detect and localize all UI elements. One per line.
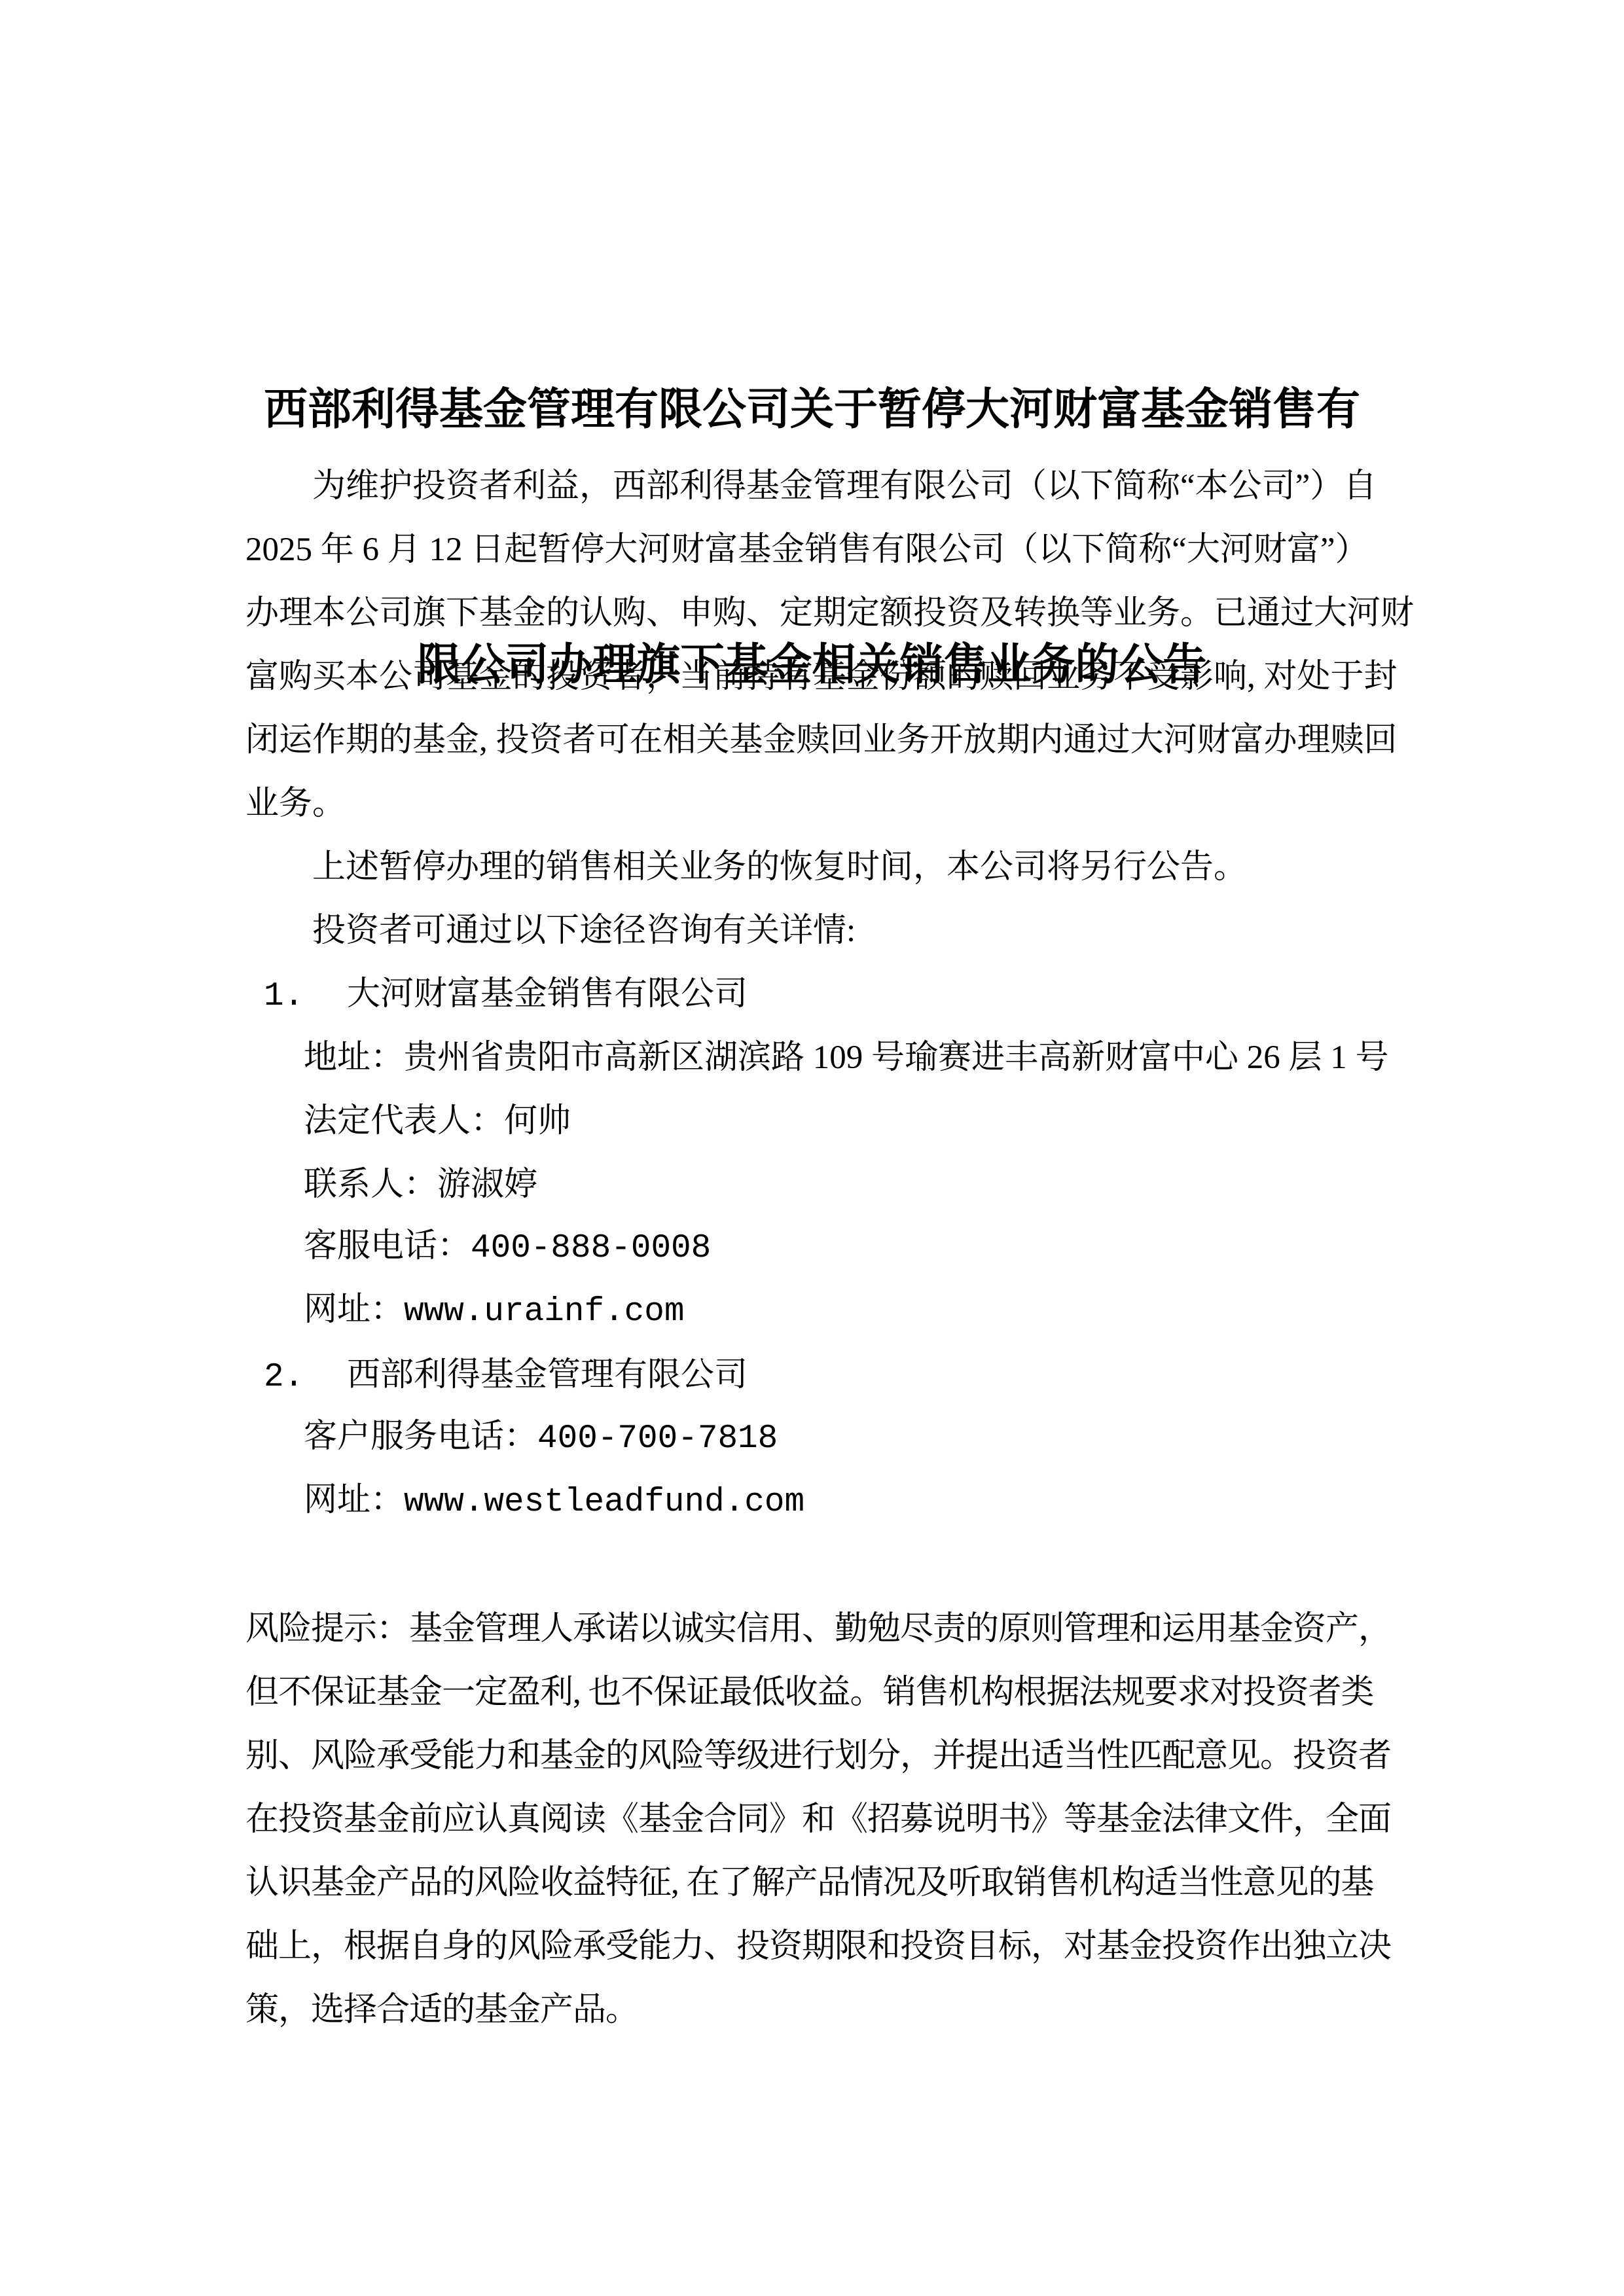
risk-line-1: 风险提示：基金管理人承诺以诚实信用、勤勉尽责的原则管理和运用基金资产， [245,1598,1379,1661]
intro-line-3: 办理本公司旗下基金的认购、申购、定期定额投资及转换等业务。已通过大河财 [245,582,1379,645]
agency2-name: 西部利得基金管理有限公司 [347,1357,748,1393]
agency1-address: 地址：贵州省贵阳市高新区湖滨路 109 号瑜赛进丰高新财富中心 26 层 1 号 [245,1026,1379,1090]
agency2-list-number: 2. [264,1346,347,1409]
intro-line-2: 2025 年 6 月 12 日起暂停大河财富基金销售有限公司（以下简称“大河财富… [245,518,1379,582]
agency1-heading: 1.大河财富基金销售有限公司 [245,963,1379,1026]
agency2-website: 网址：www.westleadfund.com [245,1471,1379,1534]
intro-line-4: 富购买本公司基金的投资者，当前持有基金份额的赎回业务不受影响, 对处于封 [245,645,1379,709]
agency1-legal-rep: 法定代表人：何帅 [245,1090,1379,1153]
blank-line [245,1534,1379,1598]
document-body: 为维护投资者利益，西部利得基金管理有限公司（以下简称“本公司”）自 2025 年… [245,455,1379,2042]
document-page: 西部利得基金管理有限公司关于暂停大河财富基金销售有 限公司办理旗下基金相关销售业… [0,0,1624,2296]
channels-intro-line: 投资者可通过以下途径咨询有关详情: [245,899,1379,963]
agency1-contact: 联系人：游淑婷 [245,1153,1379,1217]
agency1-website: 网址：www.urainf.com [245,1280,1379,1344]
risk-line-7: 策，选择合适的基金产品。 [245,1979,1379,2042]
intro-line-6: 业务。 [245,772,1379,836]
risk-line-3: 别、风险承受能力和基金的风险等级进行划分，并提出适当性匹配意见。投资者 [245,1725,1379,1788]
risk-line-6: 础上，根据自身的风险承受能力、投资期限和投资目标，对基金投资作出独立决 [245,1915,1379,1979]
agency2-heading: 2.西部利得基金管理有限公司 [245,1344,1379,1407]
risk-line-4: 在投资基金前应认真阅读《基金合同》和《招募说明书》等基金法律文件，全面 [245,1788,1379,1852]
agency1-name: 大河财富基金销售有限公司 [347,976,748,1013]
resume-notice-line: 上述暂停办理的销售相关业务的恢复时间，本公司将另行公告。 [245,836,1379,899]
agency1-list-number: 1. [264,965,347,1028]
agency2-phone: 客户服务电话：400-700-7818 [245,1407,1379,1471]
intro-line-1: 为维护投资者利益，西部利得基金管理有限公司（以下简称“本公司”）自 [245,455,1379,518]
title-line-1: 西部利得基金管理有限公司关于暂停大河财富基金销售有 [245,367,1379,452]
agency1-phone: 客服电话：400-888-0008 [245,1217,1379,1280]
risk-line-2: 但不保证基金一定盈利, 也不保证最低收益。销售机构根据法规要求对投资者类 [245,1661,1379,1725]
intro-line-5: 闭运作期的基金, 投资者可在相关基金赎回业务开放期内通过大河财富办理赎回 [245,709,1379,772]
risk-line-5: 认识基金产品的风险收益特征, 在了解产品情况及听取销售机构适当性意见的基 [245,1852,1379,1915]
